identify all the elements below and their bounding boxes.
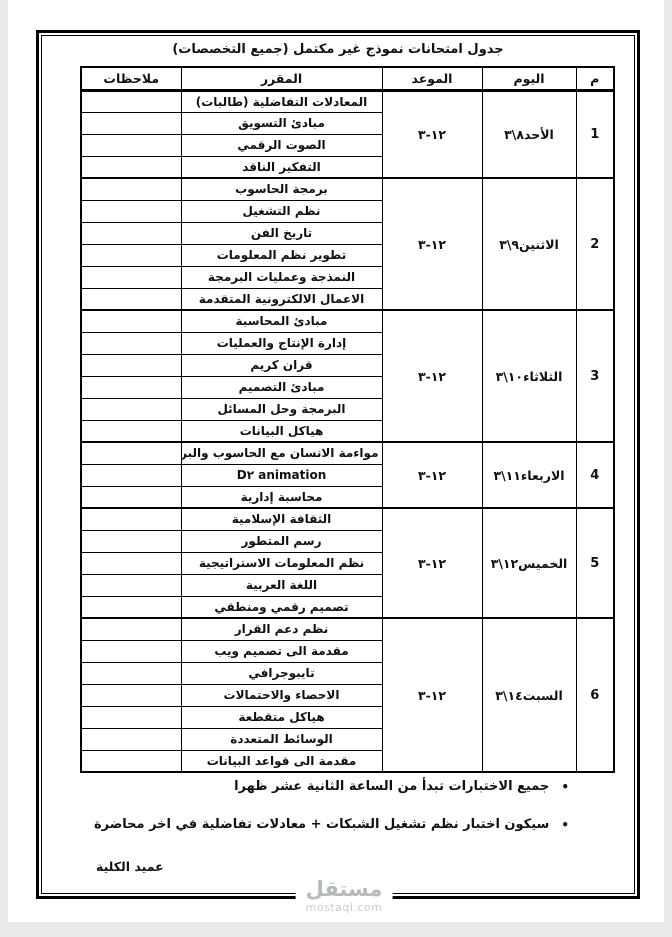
notes-cell <box>81 178 181 200</box>
notes-cell <box>81 266 181 288</box>
course-cell: مبادئ المحاسبة <box>181 310 382 332</box>
notes-cell <box>81 640 181 662</box>
course-name: الوسائط المتعددة <box>230 732 333 746</box>
course-cell: مقدمة الى قواعد البيانات <box>181 750 382 772</box>
header-course: المقرر <box>181 67 382 90</box>
time-cell: ١٢-٣ <box>382 442 482 508</box>
course-cell: الوسائط المتعددة <box>181 728 382 750</box>
notes-cell <box>81 486 181 508</box>
course-cell: اللغة العربية <box>181 574 382 596</box>
header-day: اليوم <box>482 67 576 90</box>
time-cell: ١٢-٣ <box>382 310 482 442</box>
notes-cell <box>81 508 181 530</box>
course-name: برمجة الحاسوب <box>235 182 328 196</box>
exam-schedule-table: م اليوم الموعد المقرر ملاحظات 1الأحد٨\٣١… <box>80 66 615 773</box>
notes-cell <box>81 464 181 486</box>
course-cell: مبادئ التسويق <box>181 112 382 134</box>
course-name: محاسبة إدارية <box>241 490 323 504</box>
notes-cell <box>81 728 181 750</box>
course-cell: قران كريم <box>181 354 382 376</box>
course-cell: البرمجة وحل المسائل <box>181 398 382 420</box>
num-cell: 1 <box>576 90 614 178</box>
num-cell: 4 <box>576 442 614 508</box>
num-cell: 6 <box>576 618 614 772</box>
num-cell: 2 <box>576 178 614 310</box>
day-cell: الخميس١٢\٣ <box>482 508 576 618</box>
bullet-icon: • <box>561 817 569 833</box>
course-cell: الثقافة الإسلامية <box>181 508 382 530</box>
notes-cell <box>81 552 181 574</box>
notes-cell <box>81 112 181 134</box>
header-time: الموعد <box>382 67 482 90</box>
notes-cell <box>81 442 181 464</box>
course-name: مبادئ التسويق <box>238 116 325 130</box>
time-cell: ١٢-٣ <box>382 178 482 310</box>
course-name: مواءمة الانسان مع الحاسوب والبرمجة المرئ… <box>181 446 379 460</box>
day-cell: الاربعاء١١\٣ <box>482 442 576 508</box>
course-name: تاريخ الفن <box>251 226 312 240</box>
course-cell: محاسبة إدارية <box>181 486 382 508</box>
table-row: 5الخميس١٢\٣١٢-٣الثقافة الإسلامية <box>81 508 614 530</box>
course-name: تصميم رقمي ومنطقي <box>214 600 348 614</box>
page-title: جدول امتحانات نموذج غير مكتمل (جميع التخ… <box>42 42 634 57</box>
course-name: نظم دعم القرار <box>235 622 328 636</box>
bullet-icon: • <box>561 779 569 795</box>
notes-cell <box>81 684 181 706</box>
course-cell: تصميم رقمي ومنطقي <box>181 596 382 618</box>
course-name: الاحصاء والاحتمالات <box>224 688 340 702</box>
course-name: الثقافة الإسلامية <box>232 512 332 526</box>
course-name: مبادئ التصميم <box>239 380 325 394</box>
notes-cell <box>81 156 181 178</box>
course-name: D٢ animation <box>237 468 326 482</box>
course-name: التفكير الناقد <box>242 160 321 174</box>
course-cell: مواءمة الانسان مع الحاسوب والبرمجة المرئ… <box>181 442 382 464</box>
course-cell: هياكل متقطعة <box>181 706 382 728</box>
course-name: اللغة العربية <box>246 578 317 592</box>
notes-cell <box>81 706 181 728</box>
notes-cell <box>81 574 181 596</box>
footnote-line: • جميع الاختبارات تبدأ من الساعة الثانية… <box>42 779 569 795</box>
dean-signature: عميد الكلية <box>96 859 164 874</box>
course-name: مقدمة الى تصميم ويب <box>214 644 348 658</box>
notes-cell <box>81 310 181 332</box>
course-name: المعادلات التفاضلية (طالبات) <box>196 95 368 109</box>
course-cell: المعادلات التفاضلية (طالبات) <box>181 90 382 112</box>
watermark: مستقل mostaql.com <box>296 879 393 913</box>
notes-cell <box>81 618 181 640</box>
table-row: 6السبت١٤\٣١٢-٣نظم دعم القرار <box>81 618 614 640</box>
course-cell: الاعمال الالكترونية المتقدمة <box>181 288 382 310</box>
course-name: مقدمة الى قواعد البيانات <box>207 754 357 768</box>
notes-cell <box>81 750 181 772</box>
course-cell: التفكير الناقد <box>181 156 382 178</box>
course-cell: نظم التشغيل <box>181 200 382 222</box>
course-cell: نظم المعلومات الاستراتيجية <box>181 552 382 574</box>
course-cell: مبادئ التصميم <box>181 376 382 398</box>
course-cell: نظم دعم القرار <box>181 618 382 640</box>
time-cell: ١٢-٣ <box>382 508 482 618</box>
notes-cell <box>81 398 181 420</box>
course-name: النمذجة وعمليات البرمجة <box>208 270 355 284</box>
page-border-inner: جدول امتحانات نموذج غير مكتمل (جميع التخ… <box>41 35 635 894</box>
mostaql-domain: mostaql.com <box>306 902 383 913</box>
course-cell: رسم المتطور <box>181 530 382 552</box>
course-cell: النمذجة وعمليات البرمجة <box>181 266 382 288</box>
time-cell: ١٢-٣ <box>382 90 482 178</box>
footnotes: • جميع الاختبارات تبدأ من الساعة الثانية… <box>42 779 569 833</box>
course-name: قران كريم <box>250 358 312 372</box>
time-cell: ١٢-٣ <box>382 618 482 772</box>
course-name: نظم التشغيل <box>243 204 321 218</box>
course-cell: مقدمة الى تصميم ويب <box>181 640 382 662</box>
table-header-row: م اليوم الموعد المقرر ملاحظات <box>81 67 614 90</box>
mostaql-logo: مستقل <box>306 879 383 900</box>
course-cell: تاريخ الفن <box>181 222 382 244</box>
course-name: الصوت الرقمي <box>237 138 325 152</box>
notes-cell <box>81 376 181 398</box>
day-cell: الثلاثاء١٠\٣ <box>482 310 576 442</box>
notes-cell <box>81 134 181 156</box>
page-border-frame: جدول امتحانات نموذج غير مكتمل (جميع التخ… <box>36 30 640 899</box>
course-name: إدارة الإنتاج والعمليات <box>217 336 347 350</box>
course-name: رسم المتطور <box>242 534 322 548</box>
notes-cell <box>81 596 181 618</box>
notes-cell <box>81 200 181 222</box>
notes-cell <box>81 244 181 266</box>
course-name: البرمجة وحل المسائل <box>217 402 345 416</box>
course-name: تايبوجرافي <box>248 666 314 680</box>
course-name: هياكل البيانات <box>240 424 324 438</box>
table-row: 4الاربعاء١١\٣١٢-٣مواءمة الانسان مع الحاس… <box>81 442 614 464</box>
day-cell: الأحد٨\٣ <box>482 90 576 178</box>
notes-cell <box>81 354 181 376</box>
course-cell: الصوت الرقمي <box>181 134 382 156</box>
course-name: هياكل متقطعة <box>238 710 324 724</box>
notes-cell <box>81 420 181 442</box>
footnote-text: جميع الاختبارات تبدأ من الساعة الثانية ع… <box>234 779 549 795</box>
course-cell: الاحصاء والاحتمالات <box>181 684 382 706</box>
course-cell: برمجة الحاسوب <box>181 178 382 200</box>
table-row: 1الأحد٨\٣١٢-٣المعادلات التفاضلية (طالبات… <box>81 90 614 112</box>
course-cell: D٢ animation <box>181 464 382 486</box>
notes-cell <box>81 530 181 552</box>
footnote-line: • سيكون اختبار نظم تشغيل الشبكات + معادل… <box>42 817 569 833</box>
course-name: تطوير نظم المعلومات <box>217 248 347 262</box>
header-num: م <box>576 67 614 90</box>
course-name: مبادئ المحاسبة <box>236 314 328 328</box>
day-cell: الاثنين٩\٣ <box>482 178 576 310</box>
table-row: 3الثلاثاء١٠\٣١٢-٣مبادئ المحاسبة <box>81 310 614 332</box>
notes-cell <box>81 332 181 354</box>
notes-cell <box>81 288 181 310</box>
day-cell: السبت١٤\٣ <box>482 618 576 772</box>
document-page: جدول امتحانات نموذج غير مكتمل (جميع التخ… <box>8 0 664 922</box>
num-cell: 5 <box>576 508 614 618</box>
course-name: الاعمال الالكترونية المتقدمة <box>199 292 364 306</box>
num-cell: 3 <box>576 310 614 442</box>
notes-cell <box>81 662 181 684</box>
notes-cell <box>81 222 181 244</box>
table-row: 2الاثنين٩\٣١٢-٣برمجة الحاسوب <box>81 178 614 200</box>
course-cell: هياكل البيانات <box>181 420 382 442</box>
header-notes: ملاحظات <box>81 67 181 90</box>
notes-cell <box>81 90 181 112</box>
course-name: نظم المعلومات الاستراتيجية <box>199 556 364 570</box>
course-cell: تطوير نظم المعلومات <box>181 244 382 266</box>
course-cell: إدارة الإنتاج والعمليات <box>181 332 382 354</box>
footnote-text: سيكون اختبار نظم تشغيل الشبكات + معادلات… <box>94 817 549 833</box>
course-cell: تايبوجرافي <box>181 662 382 684</box>
